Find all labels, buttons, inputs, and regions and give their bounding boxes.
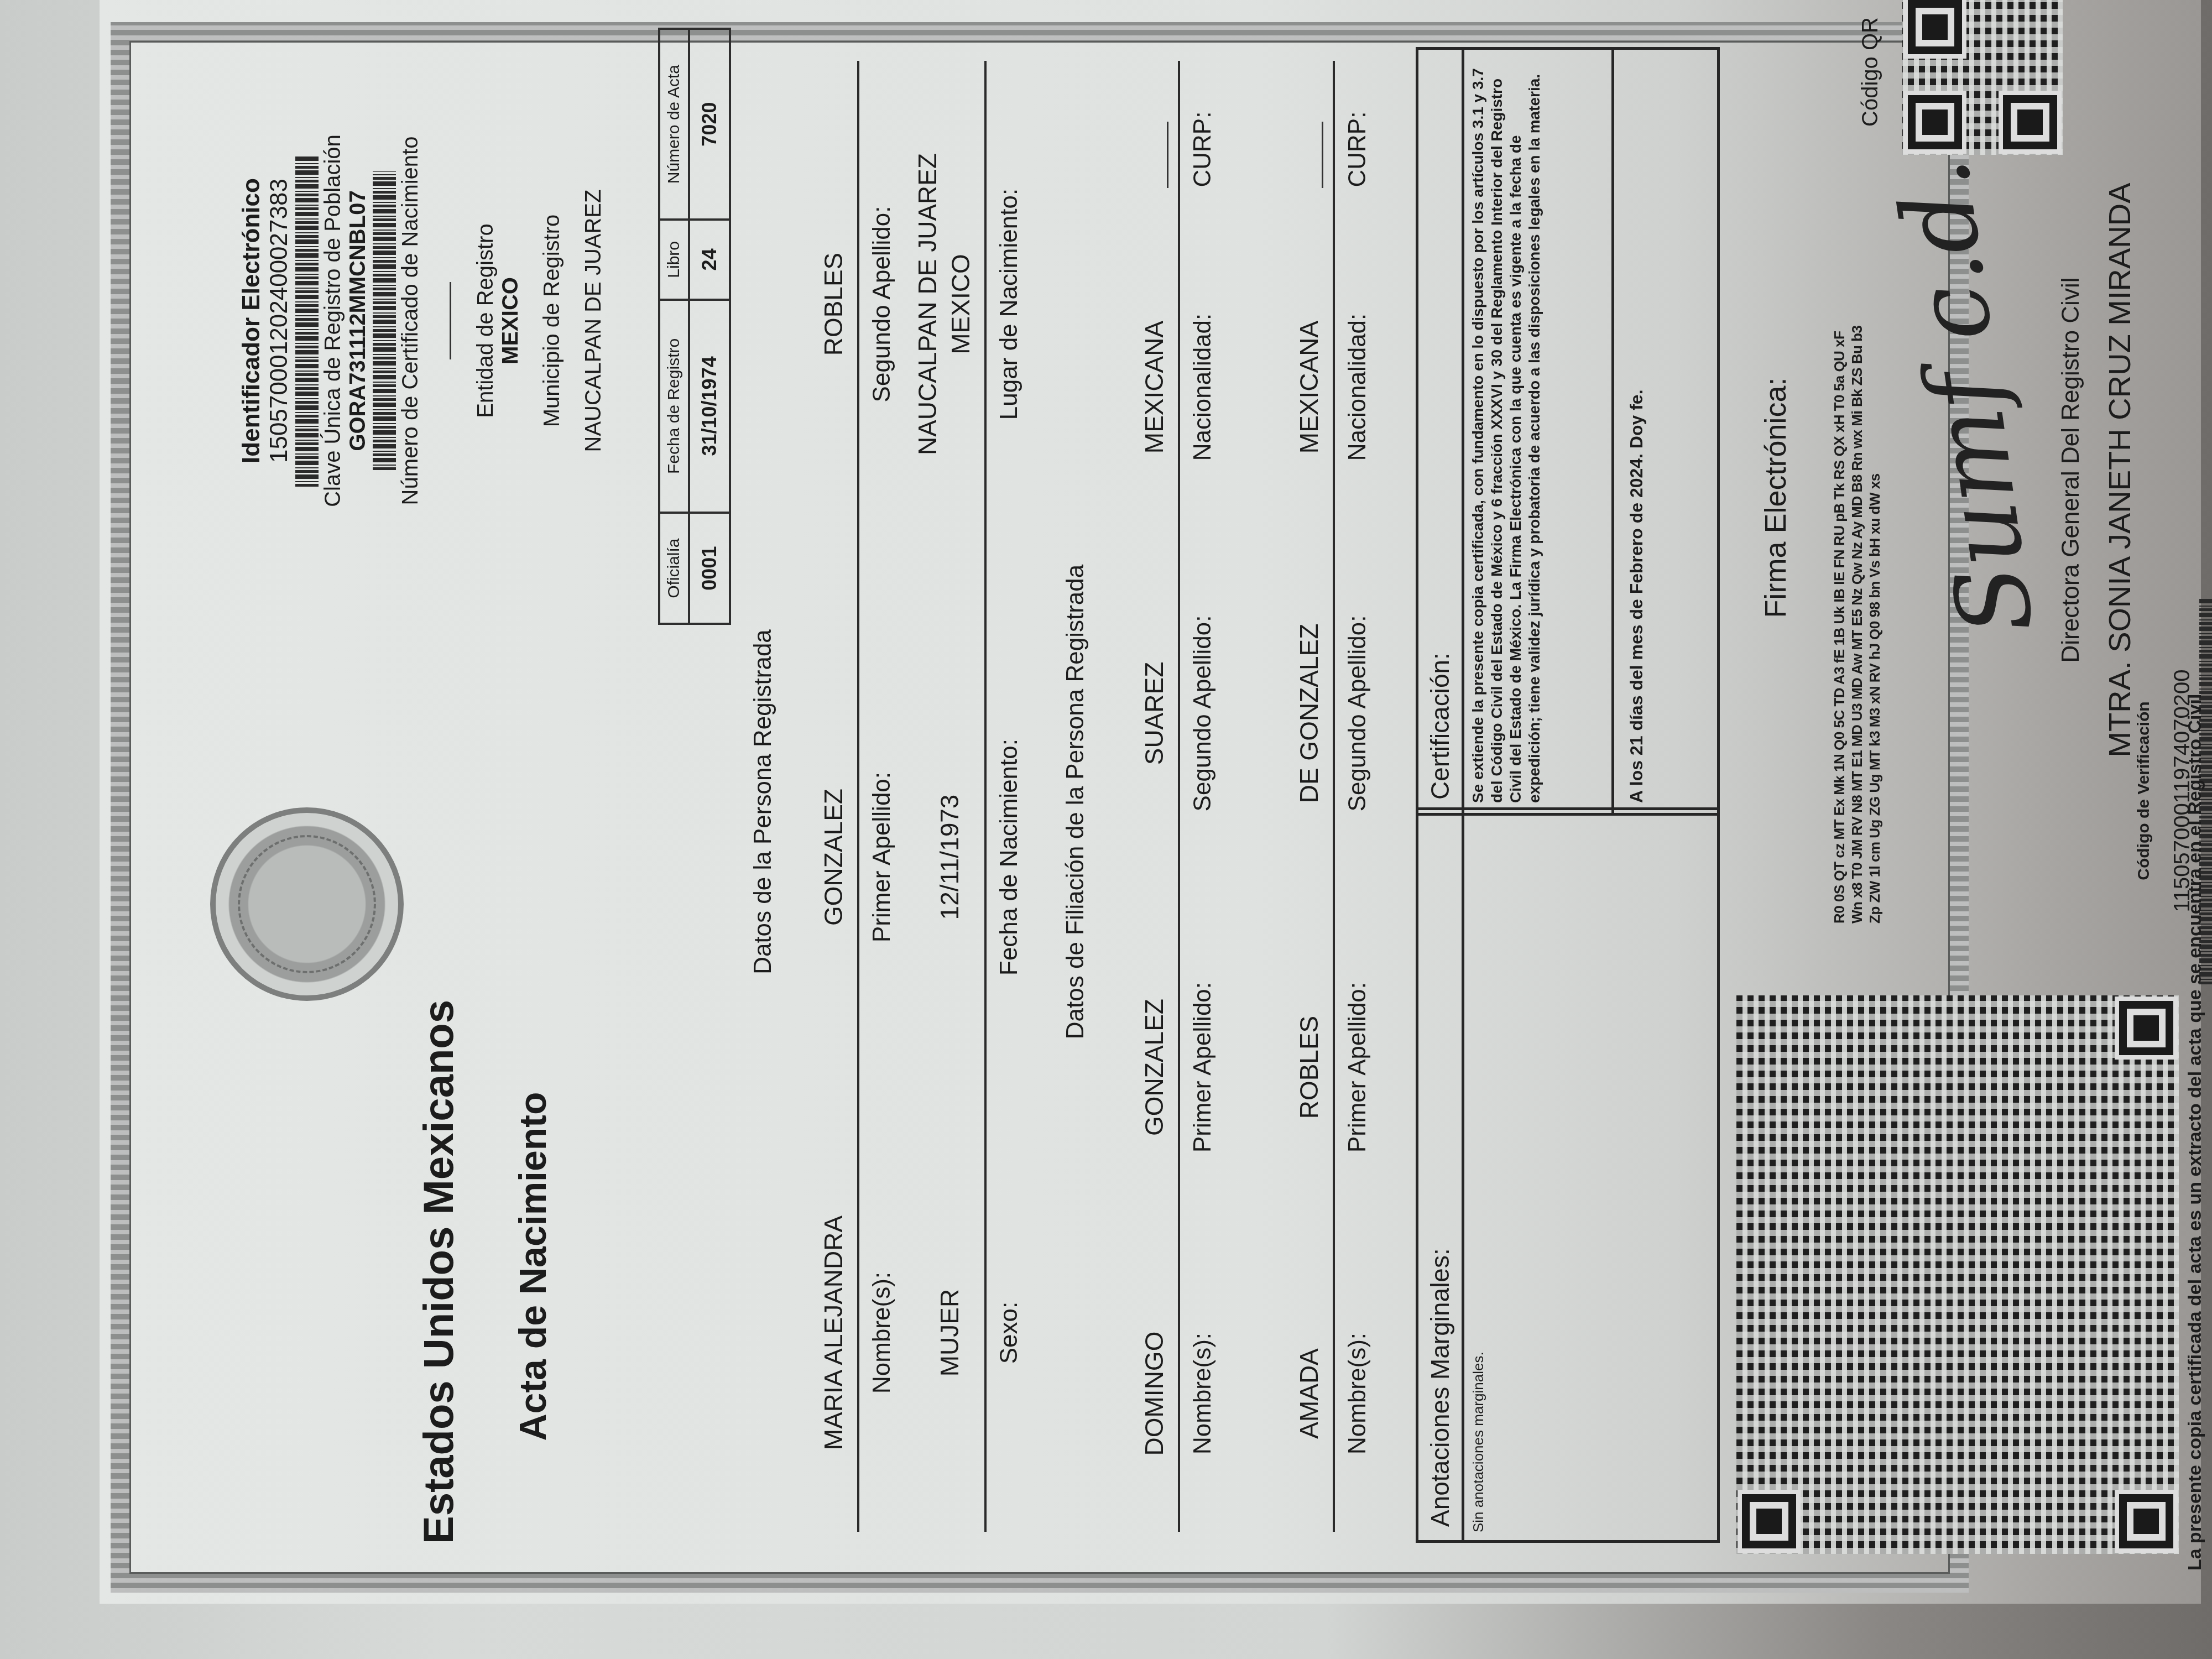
padre2-nacionalidad: MEXICANA (1294, 243, 1324, 531)
padre2-curp-label: CURP: (1344, 66, 1371, 232)
persona-sexo-label: Sexo: (995, 1139, 1023, 1526)
document-title: Acta de Nacimiento (512, 1018, 555, 1515)
anotaciones-box: Anotaciones Marginales: Sin anotaciones … (1416, 807, 1720, 1543)
persona-nombre-label: Nombre(s): (868, 1139, 896, 1526)
value-numero-acta: 7020 (689, 29, 730, 220)
padre1-primer-apellido-label: Primer Apellido: (1189, 896, 1217, 1239)
padre1-nacionalidad: MEXICANA (1139, 243, 1169, 531)
value-oficialia: 0001 (689, 513, 730, 624)
value-libro: 24 (689, 220, 730, 299)
divider (1178, 61, 1180, 1532)
firma-hash: R0 0S QT cz MT Ex Mk 1N Q0 5C TD A3 fE 1… (1830, 122, 1884, 924)
certificacion-fecha: A los 21 días del mes de Febrero de 2024… (1611, 50, 1659, 813)
large-qr-code-icon (1736, 995, 2179, 1554)
qr-label: Código QR (1858, 0, 1883, 144)
certificacion-title: Certificación: (1418, 50, 1464, 813)
persona-lugar-estado: MEXICO (946, 111, 975, 498)
municipio-label: Municipio de Registro (540, 44, 565, 597)
filiacion-section-title: Datos de Filiación de la Persona Registr… (1062, 166, 1089, 1438)
verificacion-label: Código de Verificación (2135, 597, 2153, 984)
divider (1333, 61, 1335, 1532)
persona-primer-apellido: GONZALEZ (818, 664, 848, 1051)
padre1-curp (1167, 122, 1168, 188)
registro-table: Oficialía Fecha de Registro Libro Número… (658, 28, 731, 625)
country-title: Estados Unidos Mexicanos (415, 995, 463, 1548)
national-seal-icon (210, 807, 404, 1001)
birth-certificate-document: Estados Unidos Mexicanos Acta de Nacimie… (100, 0, 2201, 1604)
persona-fecha-nacimiento-label: Fecha de Nacimiento: (995, 664, 1023, 1051)
firma-title: Firma Electrónica: (1759, 166, 1793, 830)
firma-hash-line: R0 0S QT cz MT Ex Mk 1N Q0 5C TD A3 fE 1… (1830, 122, 1848, 924)
padre2-curp (1322, 122, 1323, 188)
padre1-segundo-apellido-label: Segundo Apellido: (1189, 542, 1217, 885)
padre2-nombre: AMADA (1294, 1261, 1324, 1526)
padre1-nombre: DOMINGO (1139, 1261, 1169, 1526)
persona-section-title: Datos de la Persona Registrada (749, 166, 777, 1438)
qr-code-icon (1902, 0, 2063, 155)
persona-sexo: MUJER (935, 1139, 964, 1526)
firma-hash-line: Zp ZW 1l cm Ug ZG Ug MT k3 M3 xN RV hJ Q… (1866, 122, 1884, 924)
curp-value: GORA731112MMCNBL07 (346, 44, 371, 597)
municipio-value: NAUCALPAN DE JUAREZ (581, 44, 606, 597)
header-numero-acta: Número de Acta (659, 29, 689, 220)
certificado-label: Número de Certificado de Nacimiento (398, 44, 423, 597)
padre2-segundo-apellido: DE GONZALEZ (1294, 542, 1324, 885)
value-fecha-registro: 31/10/1974 (689, 300, 730, 513)
persona-fecha-nacimiento: 12/11/1973 (935, 664, 964, 1051)
padre1-nacionalidad-label: Nacionalidad: (1189, 243, 1217, 531)
persona-lugar-municipio: NAUCALPAN DE JUAREZ (912, 111, 942, 498)
certificacion-text: Se extiende la presente copia certificad… (1464, 50, 1611, 813)
entidad-label: Entidad de Registro (473, 44, 498, 597)
entidad-value: MEXICO (498, 44, 523, 597)
signer-title: Directora General Del Registro Civil (2057, 166, 2085, 774)
header-libro: Libro (659, 220, 689, 299)
padre2-segundo-apellido-label: Segundo Apellido: (1344, 542, 1371, 885)
divider (857, 61, 859, 1532)
anotaciones-title: Anotaciones Marginales: (1418, 810, 1464, 1540)
padre2-nacionalidad-label: Nacionalidad: (1344, 243, 1371, 531)
curp-label: Clave Única de Registro de Población (321, 44, 346, 597)
padre1-segundo-apellido: SUAREZ (1139, 542, 1169, 885)
footer-note: La presente copia certificada del acta e… (2184, 465, 2206, 1571)
persona-segundo-apellido: ROBLES (818, 111, 848, 498)
padre1-curp-label: CURP: (1189, 66, 1217, 232)
header-oficialia: Oficialía (659, 513, 689, 624)
persona-nombre: MARIA ALEJANDRA (818, 1139, 848, 1526)
anotaciones-text: Sin anotaciones marginales. (1464, 810, 1493, 1540)
persona-lugar-nacimiento-label: Lugar de Nacimiento: (995, 111, 1023, 498)
padre2-primer-apellido: ROBLES (1294, 896, 1324, 1239)
signer-name: MTRA. SONIA JANETH CRUZ MIRANDA (2101, 55, 2137, 885)
firma-hash-line: Wn x8 T0 JM RV N8 MT E1 MD U3 MD Aw MT E… (1848, 122, 1866, 924)
persona-primer-apellido-label: Primer Apellido: (868, 664, 896, 1051)
divider (984, 61, 987, 1532)
header-fecha-registro: Fecha de Registro (659, 300, 689, 513)
curp-barcode (373, 171, 396, 470)
identificador-value: 150570001202400027383 (265, 44, 293, 597)
padre2-nombre-label: Nombre(s): (1344, 1261, 1371, 1526)
padre2-primer-apellido-label: Primer Apellido: (1344, 896, 1371, 1239)
certificacion-box: Certificación: Se extiende la presente c… (1416, 47, 1720, 816)
persona-segundo-apellido-label: Segundo Apellido: (868, 111, 896, 498)
identificador-label: Identificador Electrónico (238, 44, 265, 597)
padre1-primer-apellido: GONZALEZ (1139, 896, 1169, 1239)
header-info: Identificador Electrónico 15057000120240… (238, 44, 606, 597)
certificado-value (423, 282, 451, 359)
padre1-nombre-label: Nombre(s): (1189, 1261, 1217, 1526)
identificador-barcode (295, 155, 319, 487)
